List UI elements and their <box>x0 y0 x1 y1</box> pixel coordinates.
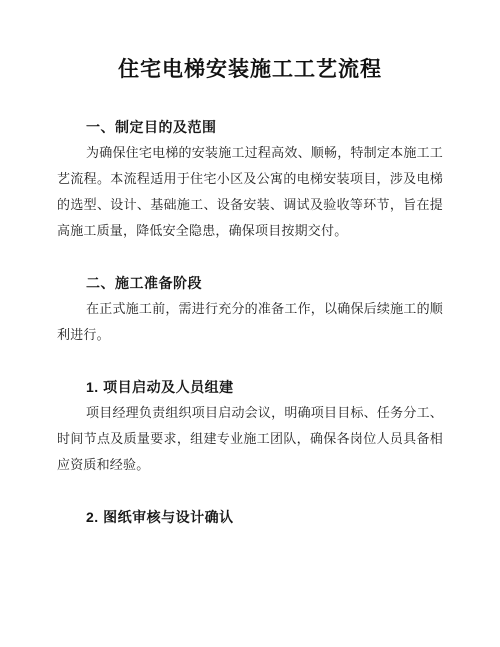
section-heading-project-kickoff: 1. 项目启动及人员组建 <box>86 374 443 400</box>
paragraph-line: 利进行。 <box>57 322 443 348</box>
paragraph-line: 项目经理负责组织项目启动会议，明确项目目标、任务分工、 <box>57 400 443 426</box>
section-drawing-review: 2. 图纸审核与设计确认 <box>57 504 443 530</box>
section-heading-drawing-review: 2. 图纸审核与设计确认 <box>86 504 443 530</box>
paragraph-line: 时间节点及质量要求，组建专业施工团队，确保各岗位人员具备相 <box>57 426 443 452</box>
paragraph-line: 为确保住宅电梯的安装施工过程高效、顺畅，特制定本施工工 <box>57 140 443 166</box>
paragraph-line: 高施工质量，降低安全隐患，确保项目按期交付。 <box>57 218 443 244</box>
document-title: 住宅电梯安装施工工艺流程 <box>57 57 443 83</box>
section-heading-construction-preparation: 二、施工准备阶段 <box>86 270 443 296</box>
paragraph-line: 艺流程。本流程适用于住宅小区及公寓的电梯安装项目，涉及电梯 <box>57 166 443 192</box>
section-purpose-and-scope: 一、制定目的及范围 为确保住宅电梯的安装施工过程高效、顺畅，特制定本施工工 艺流… <box>57 114 443 244</box>
paragraph-line: 的选型、设计、基础施工、设备安装、调试及验收等环节，旨在提 <box>57 192 443 218</box>
section-heading-purpose-and-scope: 一、制定目的及范围 <box>86 114 443 140</box>
section-project-kickoff: 1. 项目启动及人员组建 项目经理负责组织项目启动会议，明确项目目标、任务分工、… <box>57 374 443 478</box>
paragraph-line: 在正式施工前，需进行充分的准备工作，以确保后续施工的顺 <box>57 296 443 322</box>
section-construction-preparation: 二、施工准备阶段 在正式施工前，需进行充分的准备工作，以确保后续施工的顺 利进行… <box>57 270 443 348</box>
document-page: 住宅电梯安装施工工艺流程 一、制定目的及范围 为确保住宅电梯的安装施工过程高效、… <box>0 0 500 647</box>
paragraph-line: 应资质和经验。 <box>57 452 443 478</box>
